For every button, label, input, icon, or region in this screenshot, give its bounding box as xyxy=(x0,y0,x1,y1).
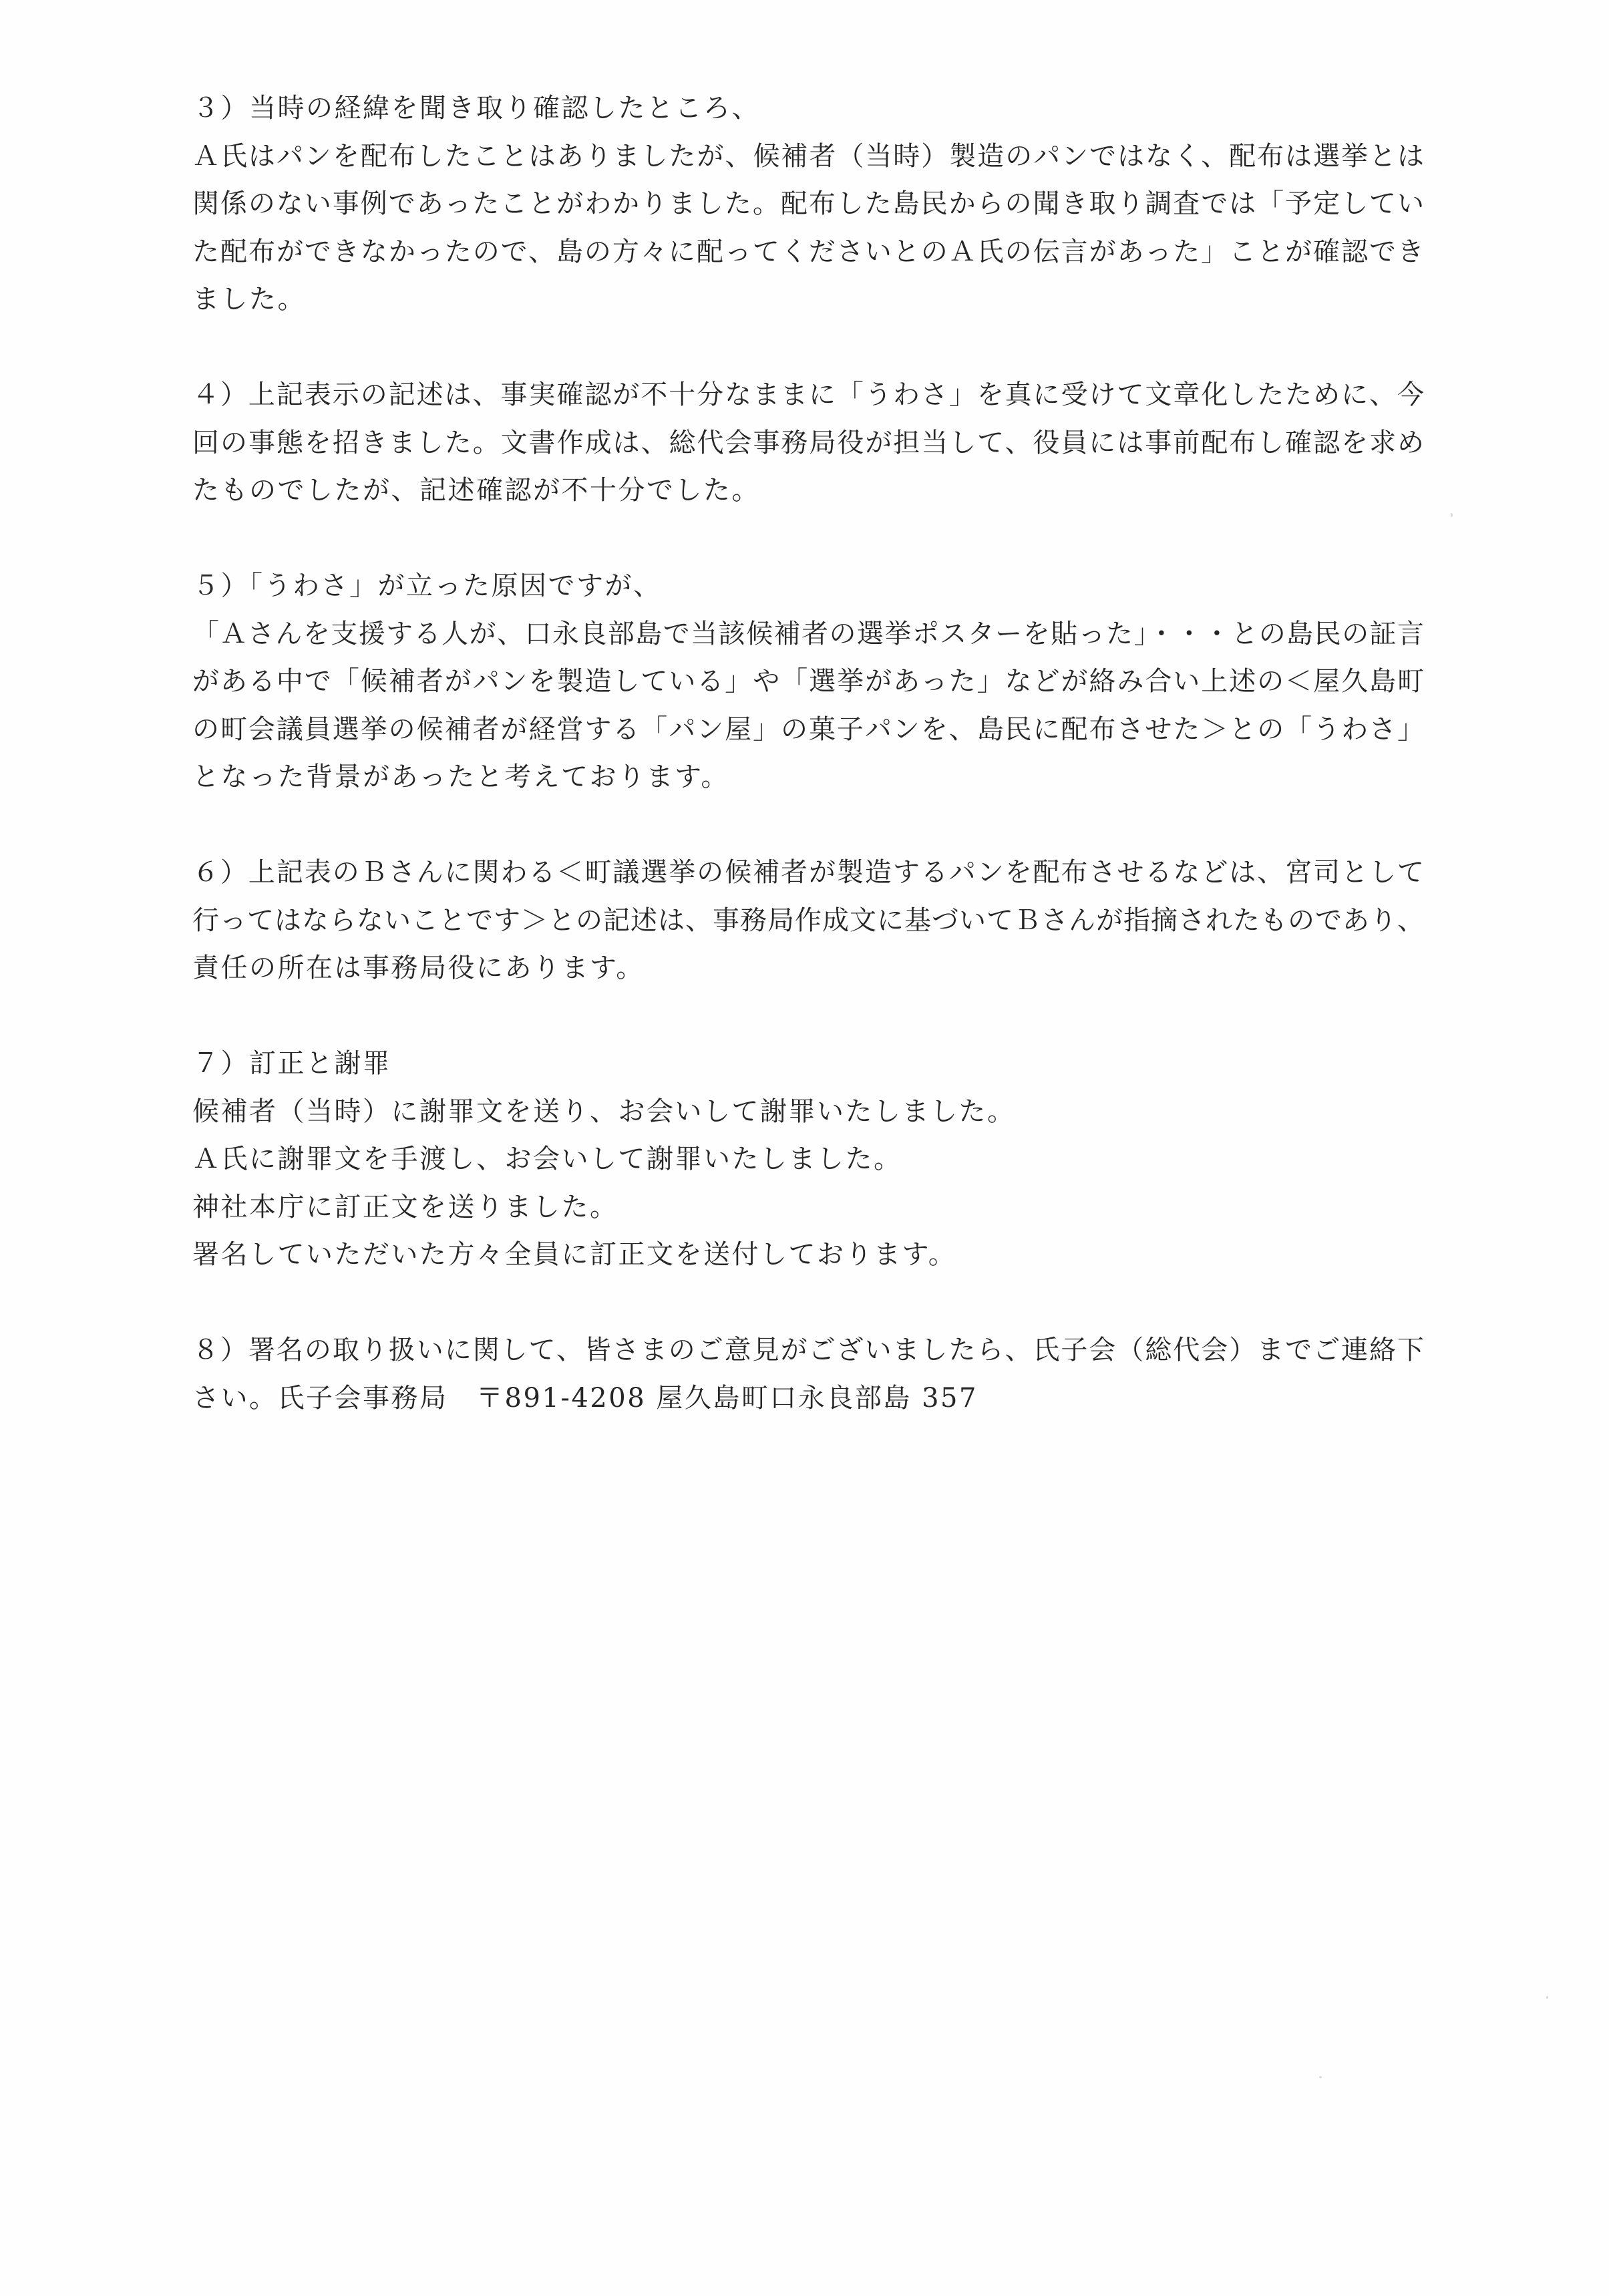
section-5-heading: ５）「うわさ」が立った原因ですが、 xyxy=(192,562,1424,611)
scan-speck xyxy=(1546,1996,1548,1999)
section-3-heading: ３）当時の経緯を聞き取り確認したところ、 xyxy=(192,85,1424,133)
paragraph-line: となった背景があったと考えております。 xyxy=(192,754,1424,802)
list-item: 署名していただいた方々全員に訂正文を送付しております。 xyxy=(192,1231,1424,1279)
paragraph-line: Ａ氏はパンを配布したことはありましたが、候補者（当時）製造のパンではなく、配布は… xyxy=(192,133,1424,181)
scanned-document-page: ３）当時の経緯を聞き取り確認したところ、 Ａ氏はパンを配布したことはありましたが… xyxy=(0,0,1609,2296)
section-8-heading: ８）署名の取り扱いに関して、皆さまのご意見がございましたら、氏子会（総代会）まで… xyxy=(192,1327,1424,1375)
scan-speck xyxy=(1319,2076,1322,2078)
section-6-responsibility: ６）上記表のＢさんに関わる＜町議選挙の候補者が製造するパンを配布させるなどは、宮… xyxy=(192,849,1424,993)
section-6-heading: ６）上記表のＢさんに関わる＜町議選挙の候補者が製造するパンを配布させるなどは、宮… xyxy=(192,849,1424,897)
paragraph-line: 行ってはならないことです＞との記述は、事務局作成文に基づいてＢさんが指摘されたも… xyxy=(192,897,1424,945)
paragraph-line: の町会議員選挙の候補者が経営する「パン屋」の菓子パンを、島民に配布させた＞との「… xyxy=(192,706,1424,754)
paragraph-line: 「Ａさんを支援する人が、口永良部島で当該候補者の選挙ポスターを貼った」・・・との… xyxy=(192,611,1424,659)
section-4-cause-of-error: ４）上記表示の記述は、事実確認が不十分なままに「うわさ」を真に受けて文章化したた… xyxy=(192,371,1424,515)
list-item: Ａ氏に謝罪文を手渡し、お会いして謝罪いたしました。 xyxy=(192,1136,1424,1184)
contact-address-line: さい。氏子会事務局 〒891-4208 屋久島町口永良部島 357 xyxy=(192,1375,1424,1423)
paragraph-line: 回の事態を招きました。文書作成は、総代会事務局役が担当して、役員には事前配布し確… xyxy=(192,420,1424,468)
section-7-correction-apology: ７）訂正と謝罪 候補者（当時）に謝罪文を送り、お会いして謝罪いたしました。 Ａ氏… xyxy=(192,1040,1424,1279)
section-7-heading: ７）訂正と謝罪 xyxy=(192,1040,1424,1088)
scan-speck xyxy=(1451,513,1453,517)
document-body: ３）当時の経緯を聞き取り確認したところ、 Ａ氏はパンを配布したことはありましたが… xyxy=(192,85,1424,1422)
section-4-heading: ４）上記表示の記述は、事実確認が不十分なままに「うわさ」を真に受けて文章化したた… xyxy=(192,371,1424,420)
section-8-contact: ８）署名の取り扱いに関して、皆さまのご意見がございましたら、氏子会（総代会）まで… xyxy=(192,1327,1424,1422)
paragraph-line: 関係のない事例であったことがわかりました。配布した島民からの聞き取り調査では「予… xyxy=(192,180,1424,228)
paragraph-line: たものでしたが、記述確認が不十分でした。 xyxy=(192,467,1424,515)
section-3-circumstances: ３）当時の経緯を聞き取り確認したところ、 Ａ氏はパンを配布したことはありましたが… xyxy=(192,85,1424,324)
list-item: 候補者（当時）に謝罪文を送り、お会いして謝罪いたしました。 xyxy=(192,1088,1424,1136)
paragraph-line: がある中で「候補者がパンを製造している」や「選挙があった」などが絡み合い上述の＜… xyxy=(192,658,1424,706)
section-5-rumor-origin: ５）「うわさ」が立った原因ですが、 「Ａさんを支援する人が、口永良部島で当該候補… xyxy=(192,562,1424,802)
list-item: 神社本庁に訂正文を送りました。 xyxy=(192,1184,1424,1232)
paragraph-line: ました。 xyxy=(192,276,1424,324)
paragraph-line: 責任の所在は事務局役にあります。 xyxy=(192,945,1424,993)
paragraph-line: た配布ができなかったので、島の方々に配ってくださいとのＡ氏の伝言があった」ことが… xyxy=(192,228,1424,277)
